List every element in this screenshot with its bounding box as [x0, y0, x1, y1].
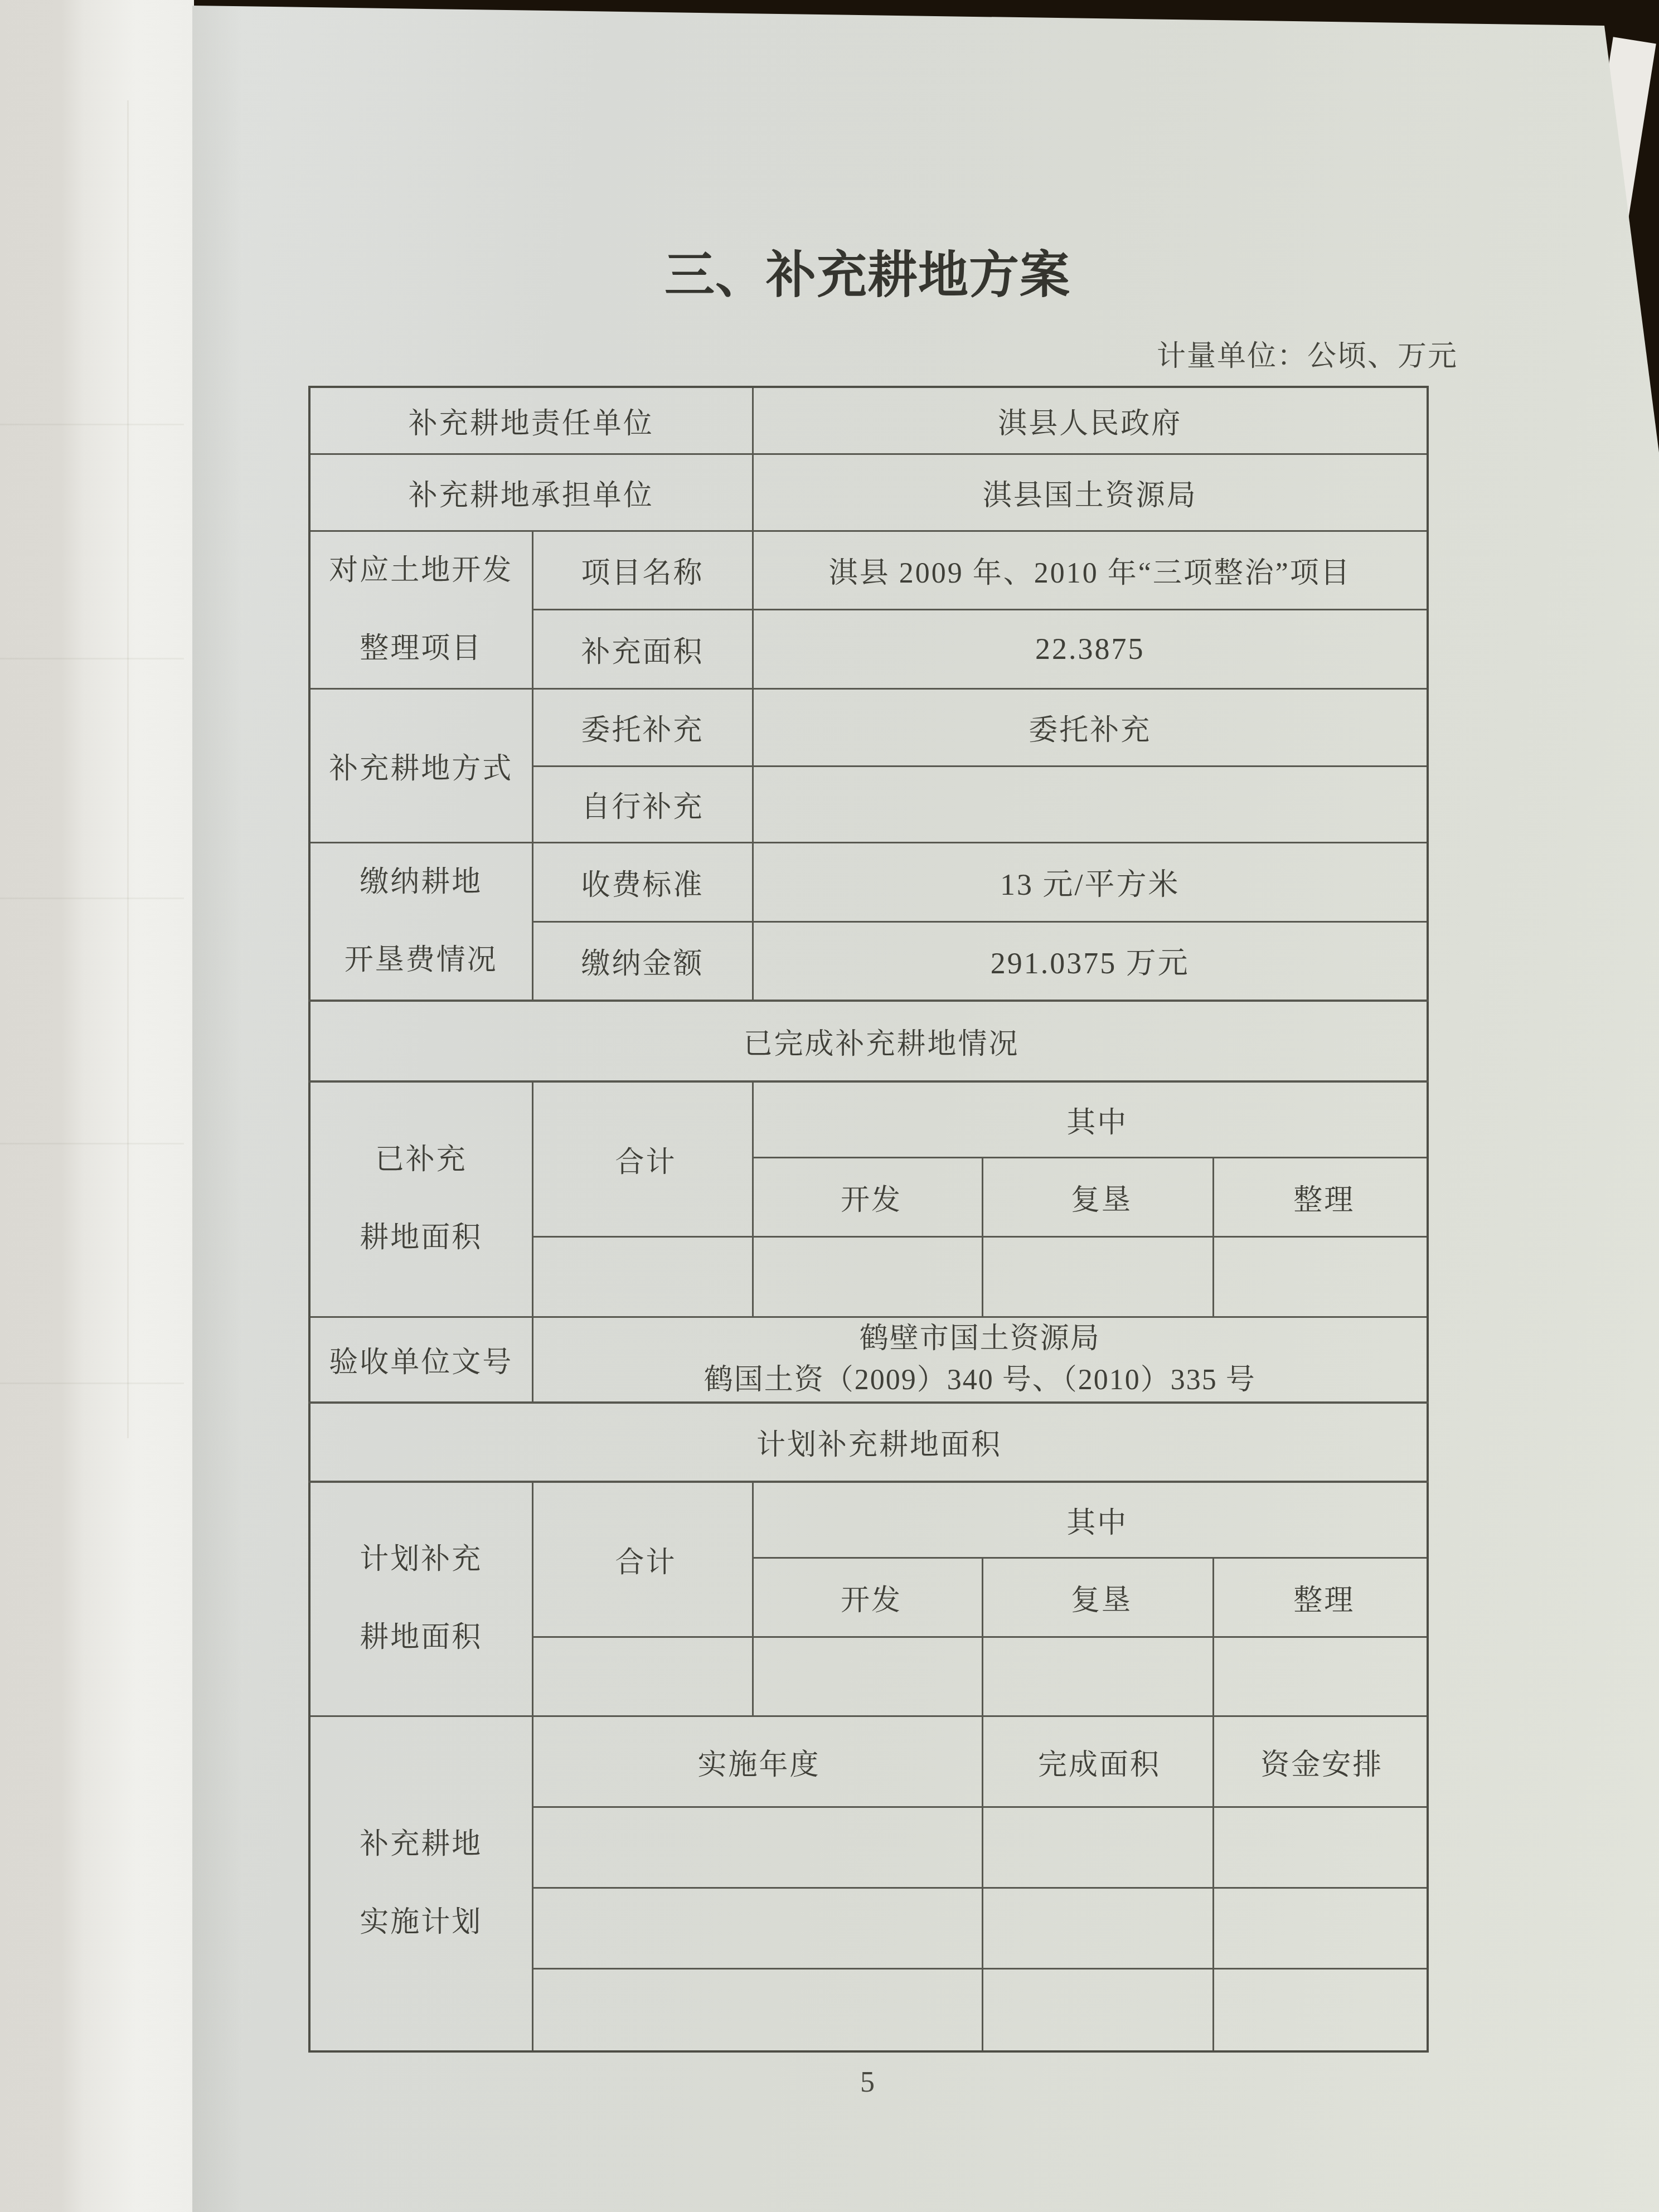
acceptance-doc-value-line1: 鹤壁市国土资源局 [533, 1318, 1427, 1360]
bleed-through-line [0, 424, 184, 425]
implementation-fund-value [1213, 1888, 1428, 1969]
planned-area-label-line2: 耕地面积 [311, 1599, 532, 1677]
implementation-group-label-line1: 补充耕地 [311, 1806, 532, 1884]
implementation-year-value [532, 1807, 982, 1888]
planned-reclaim-value [982, 1637, 1213, 1716]
implementation-group-label: 补充耕地 实施计划 [309, 1716, 532, 2051]
acceptance-doc-value-line2: 鹤国土资（2009）340 号、（2010）335 号 [533, 1360, 1427, 1401]
project-group-label-line2: 整理项目 [311, 610, 532, 688]
planned-area-label-line1: 计划补充 [311, 1521, 532, 1599]
completed-section-title: 已完成补充耕地情况 [309, 1001, 1428, 1081]
completed-area-label: 已补充 耕地面积 [309, 1081, 532, 1317]
planned-reclaim-header: 复垦 [982, 1558, 1213, 1637]
entrust-value: 委托补充 [753, 688, 1428, 766]
fee-standard-label: 收费标准 [532, 842, 753, 921]
fee-amount-value: 291.0375 万元 [753, 921, 1428, 1000]
completed-area-label-line2: 耕地面积 [311, 1199, 532, 1277]
document-page: 三、补充耕地方案 计量单位：公顷、万元 补充耕地责任单位 淇县人民政府 补充耕地… [0, 0, 1659, 2212]
completed-develop-value [753, 1237, 982, 1317]
implementation-year-value [532, 1969, 982, 2051]
implementation-fund-value [1213, 1807, 1428, 1888]
planned-section-title: 计划补充耕地面积 [309, 1403, 1428, 1482]
completed-consolidate-header: 整理 [1213, 1158, 1428, 1237]
bleed-through-line [0, 1382, 184, 1384]
supplement-area-value: 22.3875 [753, 610, 1428, 689]
completed-consolidate-value [1213, 1237, 1428, 1317]
completed-reclaim-header: 复垦 [982, 1158, 1213, 1237]
completed-develop-header: 开发 [753, 1158, 982, 1237]
project-name-label: 项目名称 [532, 531, 753, 610]
implementation-fund-value [1213, 1969, 1428, 2051]
page-title: 三、补充耕地方案 [308, 236, 1427, 314]
completed-total-label: 合计 [532, 1081, 753, 1237]
implementation-year-value [532, 1888, 982, 1969]
planned-develop-value [753, 1637, 982, 1716]
page-number: 5 [308, 2066, 1427, 2099]
self-supplement-value [753, 766, 1428, 842]
fee-group-label-line1: 缴纳耕地 [311, 843, 532, 921]
implementation-year-header: 实施年度 [532, 1716, 982, 1807]
undertaking-unit-value: 淇县国土资源局 [753, 454, 1428, 531]
bleed-through-line [0, 898, 184, 899]
implementation-area-value [982, 1969, 1213, 2051]
implementation-area-value [982, 1888, 1213, 1969]
planned-among-label: 其中 [753, 1482, 1428, 1558]
project-group-label-line1: 对应土地开发 [311, 532, 532, 610]
implementation-group-label-line2: 实施计划 [311, 1884, 532, 1962]
supplement-area-label: 补充面积 [532, 610, 753, 689]
undertaking-unit-label: 补充耕地承担单位 [309, 454, 753, 531]
planned-develop-header: 开发 [753, 1558, 982, 1637]
planned-total-label: 合计 [532, 1482, 753, 1637]
supplement-farmland-form: 补充耕地责任单位 淇县人民政府 补充耕地承担单位 淇县国土资源局 对应土地开发 … [308, 386, 1429, 2053]
photo-of-document: { "colors":{ "photo_background":"#1a1209… [0, 0, 1659, 2212]
completed-total-value [532, 1237, 753, 1317]
fee-amount-label: 缴纳金额 [532, 921, 753, 1000]
responsible-unit-label: 补充耕地责任单位 [309, 387, 753, 454]
bleed-through-line [0, 1143, 184, 1144]
implementation-area-header: 完成面积 [982, 1716, 1213, 1807]
method-group-label: 补充耕地方式 [309, 688, 532, 842]
implementation-fund-header: 资金安排 [1213, 1716, 1428, 1807]
project-name-value: 淇县 2009 年、2010 年“三项整治”项目 [753, 531, 1428, 610]
acceptance-doc-label: 验收单位文号 [309, 1317, 532, 1403]
responsible-unit-value: 淇县人民政府 [753, 387, 1428, 454]
underlying-page-stack [0, 0, 194, 2212]
fee-standard-value: 13 元/平方米 [753, 842, 1428, 921]
planned-consolidate-header: 整理 [1213, 1558, 1428, 1637]
planned-consolidate-value [1213, 1637, 1428, 1716]
entrust-label: 委托补充 [532, 688, 753, 766]
completed-area-label-line1: 已补充 [311, 1121, 532, 1199]
page-gutter-shadow [192, 0, 242, 2212]
implementation-area-value [982, 1807, 1213, 1888]
completed-reclaim-value [982, 1237, 1213, 1317]
bleed-through-line [0, 658, 184, 659]
measurement-unit-note: 计量单位：公顷、万元 [308, 332, 1458, 374]
acceptance-doc-value: 鹤壁市国土资源局 鹤国土资（2009）340 号、（2010）335 号 [532, 1317, 1428, 1403]
planned-area-label: 计划补充 耕地面积 [309, 1482, 532, 1716]
completed-among-label: 其中 [753, 1081, 1428, 1158]
planned-total-value [532, 1637, 753, 1716]
bleed-through-line [127, 100, 129, 1438]
fee-group-label: 缴纳耕地 开垦费情况 [309, 842, 532, 1001]
self-supplement-label: 自行补充 [532, 766, 753, 842]
fee-group-label-line2: 开垦费情况 [311, 921, 532, 1000]
project-group-label: 对应土地开发 整理项目 [309, 531, 532, 688]
